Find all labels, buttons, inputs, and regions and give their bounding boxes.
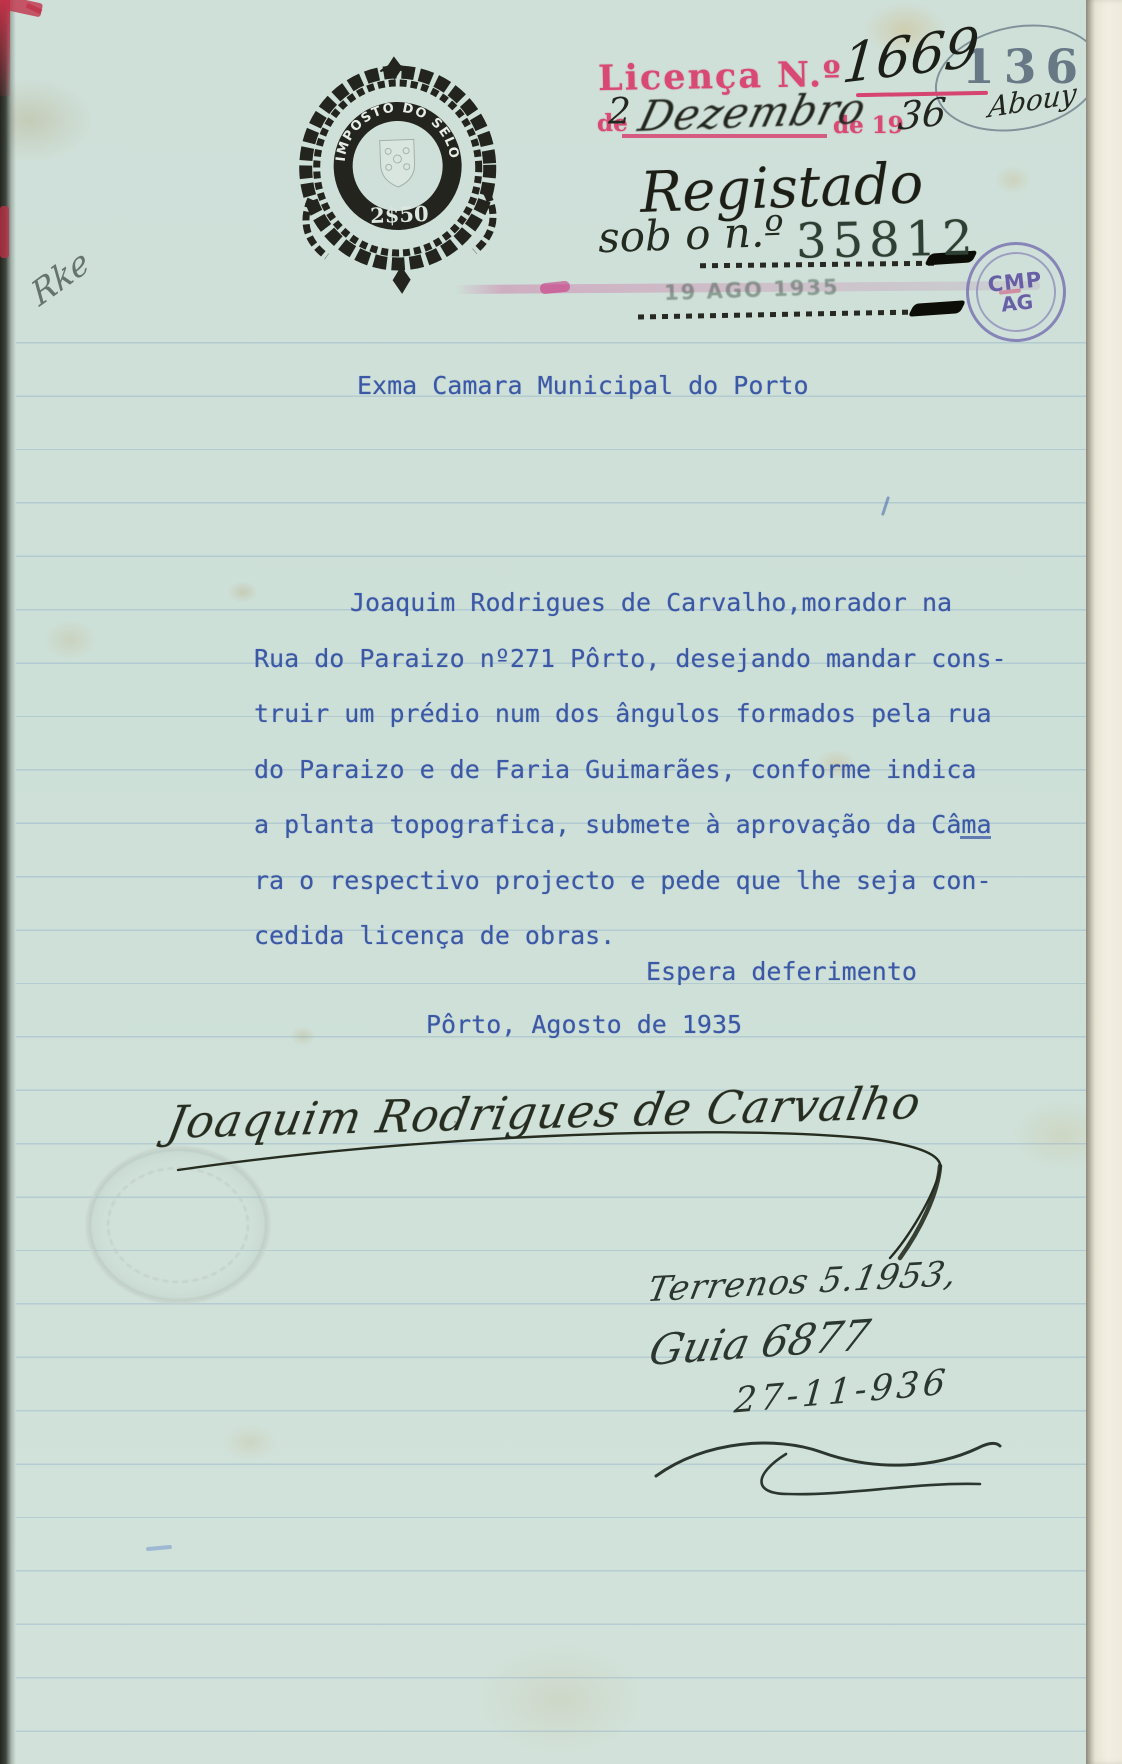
- body-line: truir um prédio num dos ângulos formados…: [254, 699, 992, 728]
- page-left-edge-shadow: [0, 0, 16, 1764]
- date-day-handwritten: 2: [608, 92, 631, 133]
- red-edge-mark-top: [0, 0, 10, 96]
- cama-underline: [960, 836, 991, 839]
- body-line: ra o respectivo projecto e pede que lhe …: [254, 866, 992, 895]
- date-month-handwritten: Dezembro: [634, 84, 872, 141]
- body-line: Rua do Paraizo nº271 Pôrto, desejando ma…: [254, 644, 1007, 673]
- registo-number-stamp: 35812: [796, 210, 980, 269]
- signature-flourish: [150, 1052, 980, 1282]
- letter-heading: Exma Camara Municipal do Porto: [357, 371, 809, 400]
- red-edge-mark-lower: [0, 206, 9, 258]
- seal-value-text: 2$50: [370, 201, 429, 228]
- body-line: cedida licença de obras.: [254, 921, 615, 950]
- sob-label-stamp: sob o n.º: [597, 207, 784, 262]
- scan-page: IMPOSTO DO SELO 2$50 Licença N.º 1669 13…: [0, 0, 1122, 1764]
- letter-closing: Espera deferimento: [646, 957, 917, 986]
- body-line: a planta topografica, submete à aprovaçã…: [254, 810, 992, 839]
- tax-seal-emblem: IMPOSTO DO SELO 2$50: [288, 50, 508, 301]
- date-year-handwritten: 36: [897, 89, 948, 139]
- body-line: Joaquim Rodrigues de Carvalho,morador na: [350, 588, 952, 617]
- body-line: do Paraizo e de Faria Guimarães, conform…: [254, 755, 976, 784]
- clerk-rubric-signature: [636, 1410, 1006, 1505]
- scan-right-margin: [1086, 0, 1122, 1764]
- letter-place-date: Pôrto, Agosto de 1935: [426, 1010, 742, 1039]
